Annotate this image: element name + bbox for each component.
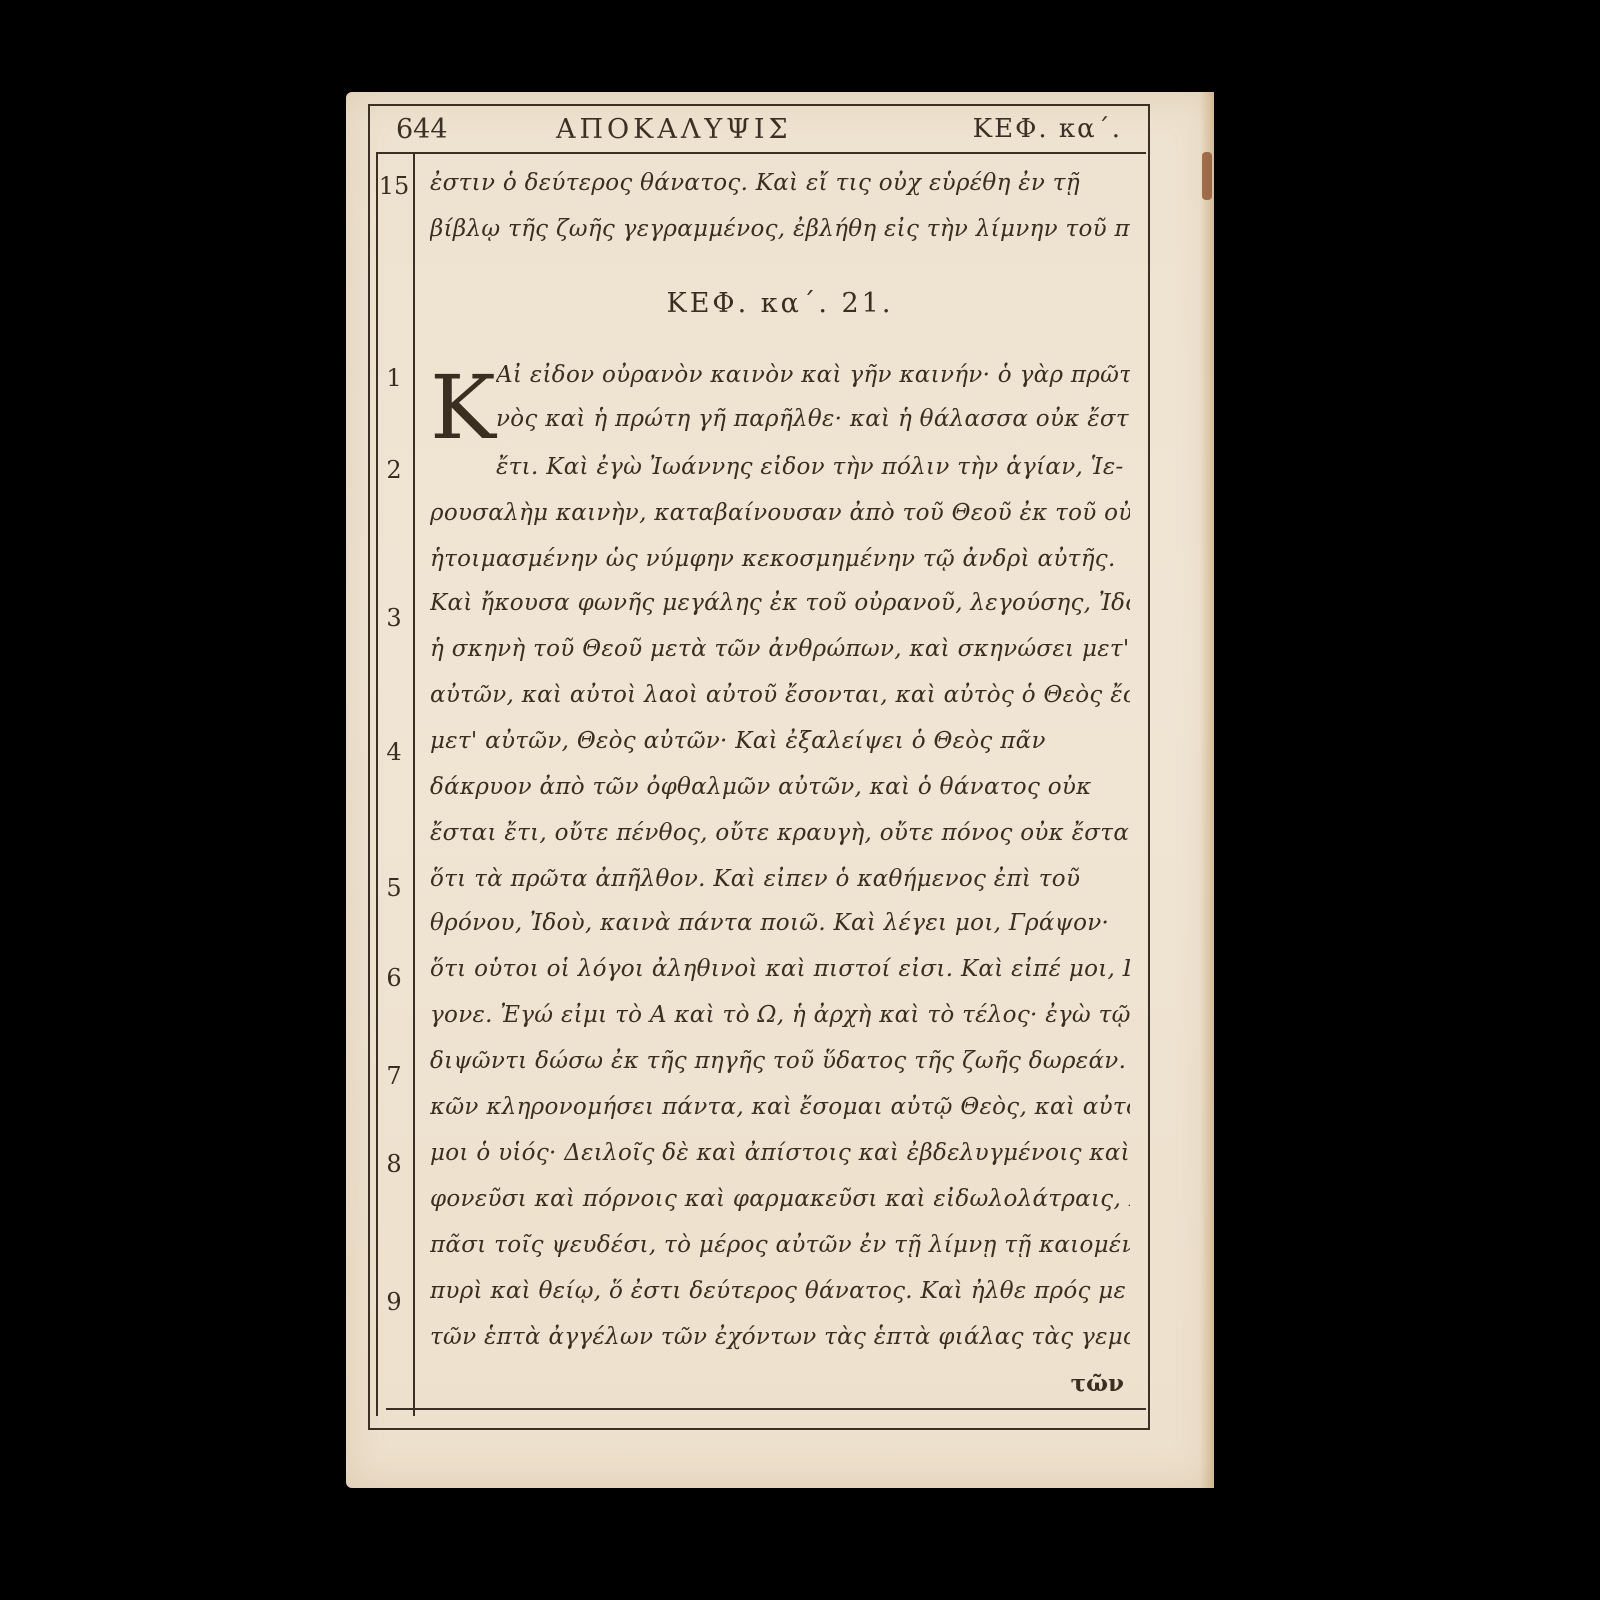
verse-number: 7 bbox=[376, 1062, 412, 1090]
book-page: 644 ΑΠΟΚΑΛΥΨΙΣ ΚΕΦ. κα΄. 15 1 2 3 4 5 6 … bbox=[346, 92, 1214, 1488]
text-line: ὅτι τὰ πρῶτα ἀπῆλθον. Καὶ εἶπεν ὁ καθήμε… bbox=[430, 866, 1130, 906]
frame-left-rule bbox=[376, 152, 378, 1416]
text-line: ἐστιν ὁ δεύτερος θάνατος. Καὶ εἴ τις οὐχ… bbox=[430, 170, 1130, 210]
running-header: 644 ΑΠΟΚΑΛΥΨΙΣ ΚΕΦ. κα΄. bbox=[376, 108, 1136, 152]
verse-number: 15 bbox=[376, 172, 412, 200]
text-line: μοι ὁ υἱός· Δειλοῖς δὲ καὶ ἀπίστοις καὶ … bbox=[430, 1140, 1130, 1180]
text-line: ρουσαλὴμ καινὴν, καταβαίνουσαν ἀπὸ τοῦ Θ… bbox=[430, 500, 1130, 540]
text-line: αὐτῶν, καὶ αὐτοὶ λαοὶ αὐτοῦ ἔσονται, καὶ… bbox=[430, 682, 1130, 722]
text-line: νὸς καὶ ἡ πρώτη γῆ παρῆλθε· καὶ ἡ θάλασσ… bbox=[496, 406, 1130, 446]
verse-column-rule bbox=[413, 154, 415, 1416]
frame-bottom-rule bbox=[386, 1408, 1146, 1410]
text-line: φονεῦσι καὶ πόρνοις καὶ φαρμακεῦσι καὶ ε… bbox=[430, 1186, 1130, 1226]
verse-number: 5 bbox=[376, 874, 412, 902]
page-stain bbox=[1202, 152, 1212, 200]
text-line: ἔσται ἔτι, οὔτε πένθος, οὔτε κραυγὴ, οὔτ… bbox=[430, 820, 1130, 860]
text-line: δάκρυον ἀπὸ τῶν ὀφθαλμῶν αὐτῶν, καὶ ὁ θά… bbox=[430, 774, 1130, 814]
running-title: ΑΠΟΚΑΛΥΨΙΣ bbox=[556, 114, 792, 145]
text-line: Καὶ ἤκουσα φωνῆς μεγάλης ἐκ τοῦ οὐρανοῦ,… bbox=[430, 590, 1130, 630]
verse-number: 9 bbox=[376, 1288, 412, 1316]
text-line: πᾶσι τοῖς ψευδέσι, τὸ μέρος αὐτῶν ἐν τῇ … bbox=[430, 1232, 1130, 1272]
verse-number: 8 bbox=[376, 1150, 412, 1178]
chapter-reference: ΚΕΦ. κα΄. bbox=[973, 114, 1122, 144]
text-line: ἔτι. Καὶ ἐγὼ Ἰωάννης εἶδον τὴν πόλιν τὴν… bbox=[496, 454, 1130, 494]
verse-number: 4 bbox=[376, 738, 412, 766]
verse-number: 6 bbox=[376, 964, 412, 992]
text-line: τῶν ἑπτὰ ἀγγέλων τῶν ἐχόντων τὰς ἑπτὰ φι… bbox=[430, 1324, 1130, 1364]
text-line: πυρὶ καὶ θείῳ, ὅ ἐστι δεύτερος θάνατος. … bbox=[430, 1278, 1130, 1318]
text-line: διψῶντι δώσω ἐκ τῆς πηγῆς τοῦ ὕδατος τῆς… bbox=[430, 1048, 1130, 1088]
verse-number: 1 bbox=[376, 364, 412, 392]
text-line: θρόνου, Ἰδοὺ, καινὰ πάντα ποιῶ. Καὶ λέγε… bbox=[430, 910, 1130, 950]
page-edge-deckle bbox=[1200, 92, 1214, 1488]
verse-number: 3 bbox=[376, 604, 412, 632]
catchword: τῶν bbox=[1071, 1370, 1124, 1397]
text-line: ἡτοιμασμένην ὡς νύμφην κεκοσμημένην τῷ ἀ… bbox=[430, 546, 1130, 586]
verse-number: 2 bbox=[376, 456, 412, 484]
text-line: βίβλῳ τῆς ζωῆς γεγραμμένος, ἐβλήθη εἰς τ… bbox=[430, 216, 1130, 256]
text-line: μετ' αὐτῶν, Θεὸς αὐτῶν· Καὶ ἐξαλείψει ὁ … bbox=[430, 728, 1130, 768]
drop-cap: Κ bbox=[430, 364, 496, 452]
page-number: 644 bbox=[396, 114, 448, 145]
text-line: γονε. Ἐγώ εἰμι τὸ Α καὶ τὸ Ω, ἡ ἀρχὴ καὶ… bbox=[430, 1002, 1130, 1042]
chapter-heading: ΚΕΦ. κα΄. 21. bbox=[430, 288, 1130, 319]
header-rule bbox=[376, 152, 1146, 154]
text-line: κῶν κληρονομήσει πάντα, καὶ ἔσομαι αὐτῷ … bbox=[430, 1094, 1130, 1134]
text-line: ὅτι οὗτοι οἱ λόγοι ἀληθινοὶ καὶ πιστοί ε… bbox=[430, 956, 1130, 996]
text-line: Αἰ εἶδον οὐρανὸν καινὸν καὶ γῆν καινήν· … bbox=[496, 362, 1130, 402]
text-line: ἡ σκηνὴ τοῦ Θεοῦ μετὰ τῶν ἀνθρώπων, καὶ … bbox=[430, 636, 1130, 676]
